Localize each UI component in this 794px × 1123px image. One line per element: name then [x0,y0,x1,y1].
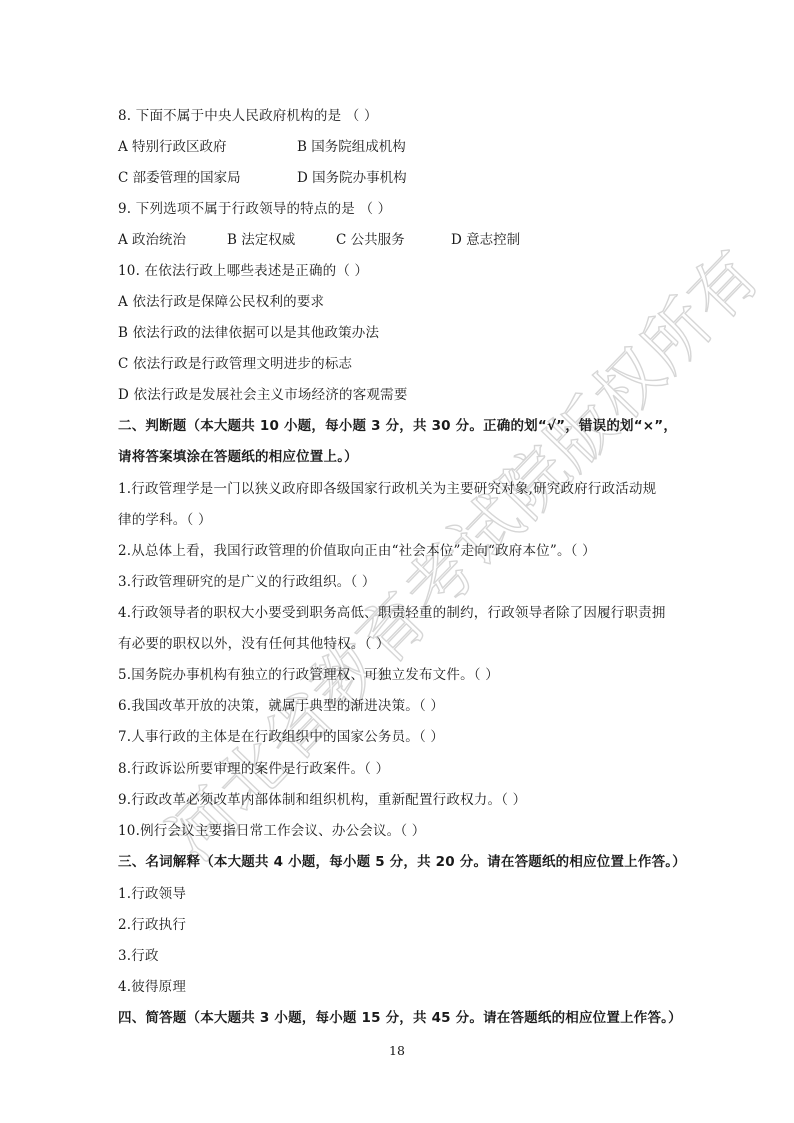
q9-option-d: D 意志控制 [451,228,520,248]
tf-item-3: 3.行政管理研究的是广义的行政组织。（ ） [118,570,376,590]
q10-option-a: A 依法行政是保障公民权利的要求 [118,290,324,310]
tf-item-7: 7.人事行政的主体是在行政组织中的国家公务员。（ ） [118,725,444,745]
term-item-1: 1.行政领导 [118,882,186,902]
exam-page: 河北省教育考试院版权所有 8. 下面不属于中央人民政府机构的是 （ ） A 特别… [0,0,794,1123]
tf-item-5: 5.国务院办事机构有独立的行政管理权、可独立发布文件。（ ） [118,663,499,683]
section-2-heading: 二、判断题（本大题共 10 小题，每小题 3 分，共 30 分。正确的划“√”，… [118,414,677,434]
tf-item-6: 6.我国改革开放的决策，就属于典型的渐进决策。（ ） [118,694,444,714]
q10-option-c: C 依法行政是行政管理文明进步的标志 [118,352,352,372]
tf-item-1-cont: 律的学科。（ ） [118,508,212,528]
section-2-heading-cont: 请将答案填涂在答题纸的相应位置上。） [118,445,358,465]
tf-item-1: 1.行政管理学是一门以狭义政府即各级国家行政机关为主要研究对象,研究政府行政活动… [118,477,656,497]
tf-item-10: 10.例行会议主要指日常工作会议、办公会议。（ ） [118,819,426,839]
q10-option-b: B 依法行政的法律依据可以是其他政策办法 [118,321,379,341]
q10-option-d: D 依法行政是发展社会主义市场经济的客观需要 [118,383,408,403]
tf-item-9: 9.行政改革必须改革内部体制和组织机构，重新配置行政权力。（ ） [118,788,526,808]
question-10-stem: 10. 在依法行政上哪些表述是正确的（ ） [118,259,368,279]
tf-item-8: 8.行政诉讼所要审理的案件是行政案件。（ ） [118,757,389,777]
term-item-2: 2.行政执行 [118,913,186,933]
q8-option-c: C 部委管理的国家局 [118,166,241,186]
page-number: 18 [0,1043,794,1058]
term-item-4: 4.彼得原理 [118,975,186,995]
section-3-heading: 三、名词解释（本大题共 4 小题，每小题 5 分，共 20 分。请在答题纸的相应… [118,850,686,870]
term-item-3: 3.行政 [118,944,159,964]
q8-option-a: A 特别行政区政府 [118,135,227,155]
q9-option-a: A 政治统治 [118,228,186,248]
q8-option-d: D 国务院办事机构 [297,166,407,186]
q9-option-b: B 法定权威 [227,228,295,248]
q8-option-b: B 国务院组成机构 [297,135,406,155]
q9-option-c: C 公共服务 [336,228,405,248]
tf-item-2: 2.从总体上看，我国行政管理的价值取向正由“社会本位”走向“政府本位”。（ ） [118,539,596,559]
section-4-heading: 四、简答题（本大题共 3 小题，每小题 15 分，共 45 分。请在答题纸的相应… [118,1006,682,1026]
question-9-stem: 9. 下列选项不属于行政领导的特点的是 （ ） [118,197,391,217]
question-8-stem: 8. 下面不属于中央人民政府机构的是 （ ） [118,104,378,124]
tf-item-4: 4.行政领导者的职权大小要受到职务高低、职责轻重的制约，行政领导者除了因履行职责… [118,601,666,621]
tf-item-4-cont: 有必要的职权以外，没有任何其他特权。（ ） [118,632,390,652]
